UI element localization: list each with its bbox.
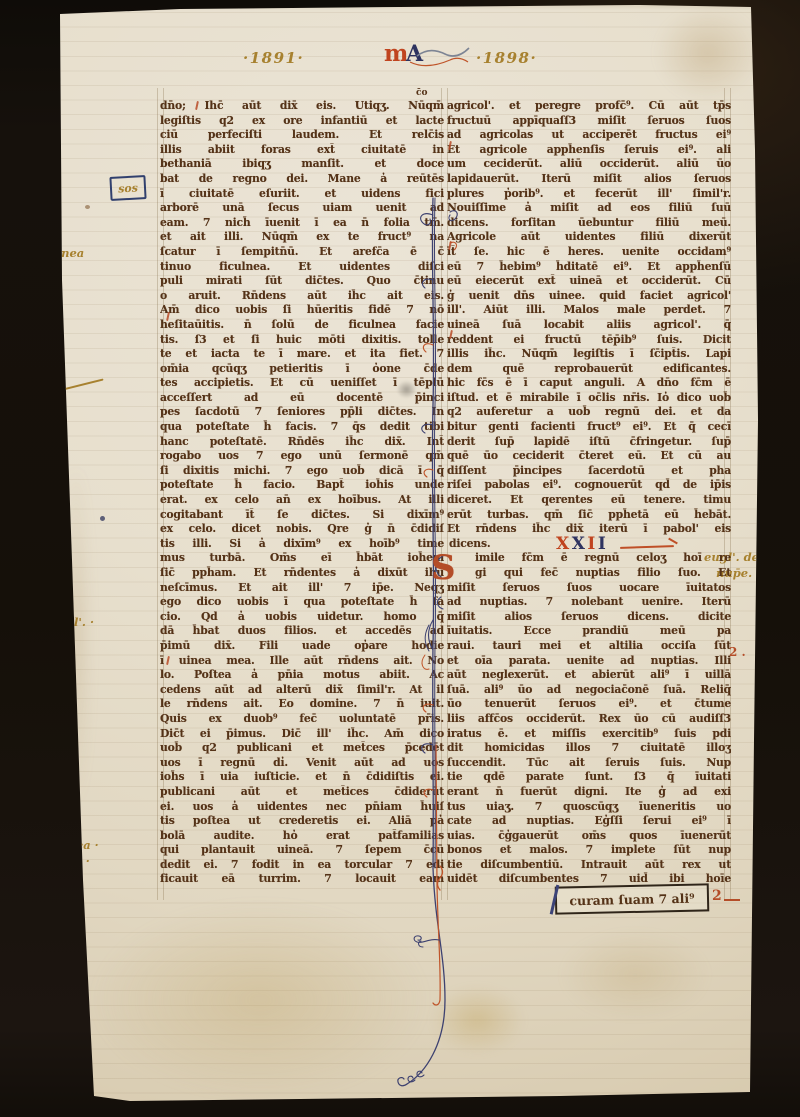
chapter-numeral-xxii: XXII xyxy=(556,535,606,553)
text-line: dit homicidas illos 7 ciuitatē illoʒ xyxy=(447,741,731,756)
stain xyxy=(90,900,430,1100)
margin-note-evangelium-1: evgl'. xyxy=(22,388,56,404)
chapter-numeral-letter: X xyxy=(556,535,569,553)
margin-note-line: evgl'. xyxy=(22,388,56,404)
stain xyxy=(560,930,710,1020)
text-line: liis affc̄os occiderūt. Rex ūo cū audiſſ… xyxy=(447,712,731,727)
margin-note-flourish xyxy=(58,378,103,391)
text-line: dem quē reprobauerūt edificantes. xyxy=(447,362,731,377)
text-line: hic fc̄s ē ī caput anguli. A dn̄o fc̄m ē xyxy=(447,376,731,391)
margin-note-line: arida · xyxy=(18,262,84,278)
text-line: ciū perfeciſti laudem. Et relc̄is xyxy=(160,128,444,143)
text-line: um ceciderūt. aliū occiderūt. aliū ūo xyxy=(447,157,731,172)
margin-note-vinea-plantata: gl' — de uinea · plantata · xyxy=(0,838,99,869)
text-line: agricol'. et peregre profc̄⁹. Cū aūt tp̄… xyxy=(447,99,731,114)
text-line: ad agricolas ut acciperēt fructus ei⁹ xyxy=(447,128,731,143)
text-line: ūo tenuerūt ſeruos ei⁹. et c̄tume xyxy=(447,697,731,712)
text-line: diceret. Et qerentes eū tenere. timu xyxy=(447,493,731,508)
text-line: diſſent p̄incipes ſacerdotū et pha xyxy=(447,464,731,479)
ink-speck xyxy=(100,516,105,521)
catchword-box: curam ſuam 7 ali⁹ xyxy=(555,883,710,914)
text-line: reddent ei fructū tēp̄ib⁹ ſuis. Dicit xyxy=(447,333,731,348)
text-line: miſit alios ſeruos dicens. dicite xyxy=(447,610,731,625)
chapter-numeral-letter: I xyxy=(598,535,606,553)
manuscript-leaf: ·1891· ·1898· m A c̄o ō de ficulnea arid… xyxy=(0,0,800,1117)
text-line: iſtud. et ē mirabile ī oc̄lis nr̄is. Io̓… xyxy=(447,391,731,406)
text-line: ſuccendit. Tūc ait ſeruis ſuis. Nup xyxy=(447,756,731,771)
handwritten-date-left: ·1891· xyxy=(243,49,304,67)
text-line: iratus ē. et miſſis exercitib⁹ ſuis pdi xyxy=(447,727,731,742)
text-line: dicens. forſitan ūebuntur filiū meū. xyxy=(447,216,731,231)
catchword-quire-mark: 2 xyxy=(712,888,722,904)
text-line: ill'. Aiūt illi. Malos male perdet. 7 xyxy=(447,303,731,318)
text-line: īt̄ ſe. hic ē heres. uenite occidam⁹ xyxy=(447,245,731,260)
text-line: quē ūo ceciderit c̄teret eū. Et cū au xyxy=(447,449,731,464)
text-line: dn̄o; Ihc̄ aūt dix̄ eis. Utiqʒ. Nūqm̄ xyxy=(160,99,444,114)
text-line: cate ad nuptias. Eg̓ſſi ſerui ei⁹ ī xyxy=(447,814,731,829)
stain xyxy=(62,470,90,800)
text-column-right: agricol'. et peregre profc̄⁹. Cū aūt tp̄… xyxy=(447,99,731,887)
margin-note-line: gl' — de uinea · xyxy=(0,838,99,854)
text-line: aūt neglexerūt. et abierūt ali⁹ ī uillā xyxy=(447,668,731,683)
ink-speck xyxy=(85,205,90,209)
stain xyxy=(655,6,760,101)
margin-note-line: · evgl'. · xyxy=(44,615,94,631)
text-line: erant n̄ fuerūt digni. Ite g̓ ad exi xyxy=(447,785,731,800)
text-line: tie diſcumbentiū. Intrauit aūt rex ut xyxy=(447,858,731,873)
text-line: illis abiit foras ext̄ ciuitatē in xyxy=(160,143,444,158)
catchword-quire-dash xyxy=(724,899,740,901)
manuscript-photo: ·1891· ·1898· m A c̄o ō de ficulnea arid… xyxy=(0,0,800,1117)
text-line: g̓ uenit dn̄s uinee. quid faciet agricol… xyxy=(447,289,731,304)
text-line: tus uiaʒ. 7 quoscūqʒ īueneritis uo xyxy=(447,800,731,815)
chapter-numeral-letter: I xyxy=(587,535,595,553)
margin-note-line: q̄s fc̄t uolū xyxy=(4,676,73,692)
margin-note-line: plantata · xyxy=(28,854,99,870)
right-margin-mark: 2 . xyxy=(729,645,746,659)
text-line: riſei pabolas ei⁹. cognouerūt qd̄ de ip̄… xyxy=(447,478,731,493)
handwritten-date-right: ·1898· xyxy=(476,49,537,67)
text-line: ad nuptias. 7 nolebant uenire. Iterū xyxy=(447,595,731,610)
text-line: ſuā. ali⁹ ūo ad negociac̄onē ſuā. Reliq̄ xyxy=(447,683,731,698)
text-line: erūt turbas. qm̄ ſic̄ pph̄etā eū h̄ebāt. xyxy=(447,508,731,523)
text-line: eū eiecerūt ext̄ uineā et occiderūt. Cū xyxy=(447,274,731,289)
text-line: lapidauerūt. Iterū miſit alios ſeruos xyxy=(447,172,731,187)
text-line: bonos et malos. 7 implete ſūt nup xyxy=(447,843,731,858)
margin-note-line: tatē pr̄is xyxy=(6,692,73,708)
ruling-line xyxy=(157,88,158,900)
text-line: īuitatis. Ecce prandiū meū pa xyxy=(447,624,731,639)
margin-note-voluntatem-patris: q̄s fc̄t uolū tatē pr̄is xyxy=(4,676,73,707)
margin-note-ficulnea: ō de ficulnea arida · xyxy=(2,246,84,277)
text-line: illis ih̄c. Nūqm̄ legiſtis ī ſc̄ipt̄is. … xyxy=(447,347,731,362)
text-line: fructuū appīquaſſ3 miſit ſeruos ſuos xyxy=(447,114,731,129)
text-line: gi qui fec̄ nuptias filio ſuo. Et xyxy=(447,566,731,581)
text-line: Agricole aūt uidentes filiū dixerūt xyxy=(447,230,731,245)
text-line: q2 auferetur a uob̄ regnū dei. et da xyxy=(447,405,731,420)
text-line: plures p̓orib⁹. et fecerūt ill' ſimil'r. xyxy=(447,187,731,202)
text-line: Nouiſſime a̓ miſit ad eos filiū ſuū xyxy=(447,201,731,216)
text-line: uias. c̄g̓gauerūt om̄s quos īuenerūt xyxy=(447,829,731,844)
text-line: miſit ſeruos ſuos uocare īuitatos xyxy=(447,581,731,596)
text-line: uineā ſuā locabit aliis agricol'. q̄ xyxy=(447,318,731,333)
text-line: bethaniā ibiqʒ manſit. et doce xyxy=(160,157,444,172)
margin-note-evangelium-2: · evgl'. · xyxy=(44,615,94,631)
margin-note-line: ō de ficulnea xyxy=(2,246,84,262)
penwork-flourish xyxy=(395,185,465,1100)
text-line: Et agricole apph̄enſis ſeruis ei⁹. ali xyxy=(447,143,731,158)
chapter-numeral-letter: X xyxy=(572,535,585,553)
text-line: et oīa parata. uenite ad nuptias. Illi xyxy=(447,654,731,669)
text-line: legiſtis q2 ex ore infantiū et lacte xyxy=(160,114,444,129)
text-line: bitur genti facienti fruct⁹ ei⁹. Et q̄ c… xyxy=(447,420,731,435)
boxed-gloss-mark: sos xyxy=(109,175,146,201)
text-line: derit ſup̄ lapidē iſtū c̄fringetur. ſup̄ xyxy=(447,435,731,450)
text-line: raui. tauri mei et altilia occiſa ſūt xyxy=(447,639,731,654)
catchword-text: curam ſuam 7 ali⁹ xyxy=(569,890,695,908)
text-line: eū 7 h̄ebim⁹ h̄ditatē ei⁹. Et apph̄enſū xyxy=(447,260,731,275)
text-fragment: c̄o xyxy=(416,88,427,98)
text-line: tie qdē parate ſunt. ſ3 q̄ īuitati xyxy=(447,770,731,785)
decorated-initial-s: S xyxy=(431,551,456,585)
running-title-flourish-icon xyxy=(362,38,482,72)
